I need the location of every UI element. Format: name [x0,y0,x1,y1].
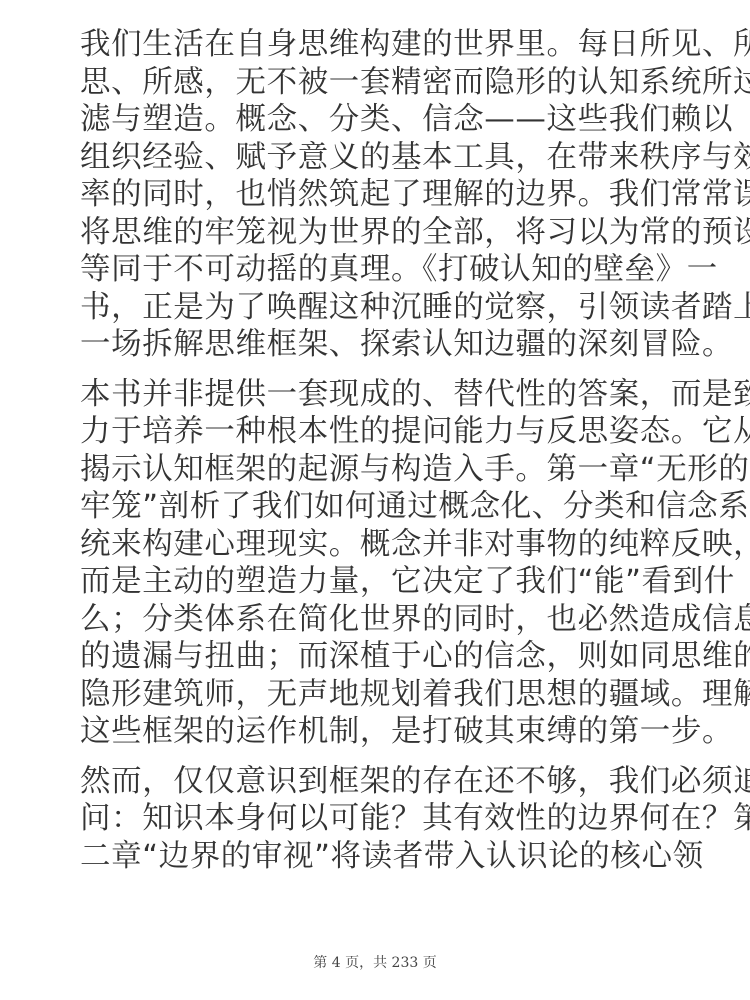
text-line: 力于培养一种根本性的提问能力与反思姿态。它从 [80,413,676,451]
text-line: 组织经验、赋予意义的基本工具，在带来秩序与效 [80,139,676,177]
text-line: 统来构建心理现实。概念并非对事物的纯粹反映， [80,526,676,564]
document-body: 我们生活在自身思维构建的世界里。每日所见、所 思、所感，无不被一套精密而隐形的认… [80,26,676,887]
page-number-footer: 第 4 页，共 233 页 [0,952,750,972]
text-line: 么；分类体系在简化世界的同时，也必然造成信息 [80,601,676,639]
text-line: 率的同时，也悄然筑起了理解的边界。我们常常误 [80,176,676,214]
text-line: 而是主动的塑造力量，它决定了我们“能”看到什 [80,563,676,601]
text-line: 思、所感，无不被一套精密而隐形的认知系统所过 [80,64,676,102]
text-line: 将思维的牢笼视为世界的全部，将习以为常的预设 [80,214,676,252]
paragraph-3: 然而，仅仅意识到框架的存在还不够，我们必须追 问：知识本身何以可能？其有效性的边… [80,763,676,876]
text-line: 问：知识本身何以可能？其有效性的边界何在？第 [80,800,676,838]
text-line: 的遗漏与扭曲；而深植于心的信念，则如同思维的 [80,638,676,676]
text-line: 等同于不可动摇的真理。《打破认知的壁垒》一 [80,251,676,289]
document-page: 我们生活在自身思维构建的世界里。每日所见、所 思、所感，无不被一套精密而隐形的认… [0,0,750,1000]
text-line: 然而，仅仅意识到框架的存在还不够，我们必须追 [80,763,676,801]
text-line: 本书并非提供一套现成的、替代性的答案，而是致 [80,376,676,414]
text-line: 二章“边界的审视”将读者带入认识论的核心领 [80,838,676,876]
text-line: 我们生活在自身思维构建的世界里。每日所见、所 [80,26,676,64]
text-line: 这些框架的运作机制，是打破其束缚的第一步。 [80,713,676,751]
paragraph-2: 本书并非提供一套现成的、替代性的答案，而是致 力于培养一种根本性的提问能力与反思… [80,376,676,751]
text-line: 揭示认知框架的起源与构造入手。第一章“无形的 [80,451,676,489]
text-line: 滤与塑造。概念、分类、信念——这些我们赖以 [80,101,676,139]
text-line: 书，正是为了唤醒这种沉睡的觉察，引领读者踏上 [80,289,676,327]
text-line: 隐形建筑师，无声地规划着我们思想的疆域。理解 [80,676,676,714]
text-line: 牢笼”剖析了我们如何通过概念化、分类和信念系 [80,488,676,526]
text-line: 一场拆解思维框架、探索认知边疆的深刻冒险。 [80,326,676,364]
paragraph-1: 我们生活在自身思维构建的世界里。每日所见、所 思、所感，无不被一套精密而隐形的认… [80,26,676,364]
